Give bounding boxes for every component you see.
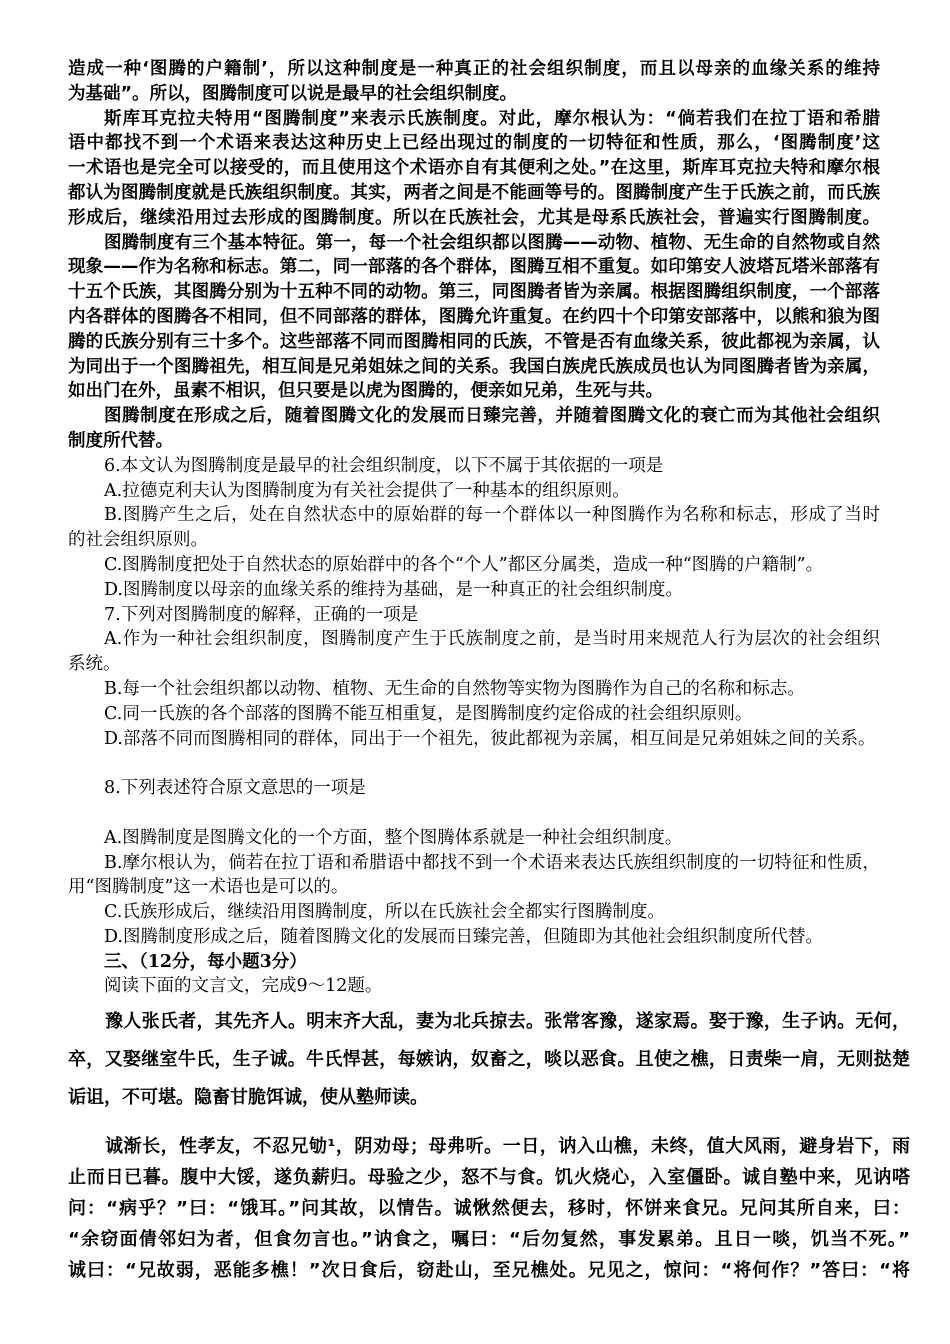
- text-line: D.图腾制度以母亲的血缘关系的维持为基础，是一种真正的社会组织制度。: [68, 578, 880, 603]
- text-line: A.图腾制度是图腾文化的一个方面，整个图腾体系就是一种社会组织制度。: [68, 826, 880, 851]
- text-line: 制度所代替。: [68, 429, 880, 454]
- classical-paragraph-2: 诚渐长，性孝友，不忍兄劬¹，阴劝母；母弗听。一日，讷入山樵，未终，值大风雨，避身…: [68, 1131, 910, 1286]
- blank-line: [68, 801, 880, 826]
- text-line: 豫人张氏者，其先齐人。明末齐大乱，妻为北兵掠去。张常客豫，遂家焉。娶于豫，生子讷…: [68, 1003, 910, 1041]
- text-line: 腾的氏族分别有三十多个。这些部落不同而图腾相同的氏族，不管是否有血缘关系，彼此都…: [68, 330, 880, 355]
- text-line: 三、（12分，每小题3分）: [68, 950, 880, 975]
- text-line: 卒，又娶继室牛氏，生子诚。牛氏悍甚，每嫉讷，奴畜之，啖以恶食。且使之樵，日责柴一…: [68, 1041, 910, 1079]
- text-line: 都认为图腾制度就是氏族组织制度。其实，两者之间是不能画等号的。图腾制度产生于氏族…: [68, 181, 880, 206]
- text-line: A.作为一种社会组织制度，图腾制度产生于氏族制度之前，是当时用来规范人行为层次的…: [68, 627, 880, 652]
- text-line: C.图腾制度把处于自然状态的原始群中的各个“个人”都区分属类，造成一种“图腾的户…: [68, 553, 880, 578]
- text-line: 诚渐长，性孝友，不忍兄劬¹，阴劝母；母弗听。一日，讷入山樵，未终，值大风雨，避身…: [68, 1131, 910, 1162]
- text-line: B.图腾产生之后，处在自然状态中的原始群的每一个群体以一种图腾作为名称和标志，形…: [68, 503, 880, 528]
- text-line: 系统。: [68, 652, 880, 677]
- text-line: 一术语也是完全可以接受的，而且使用这个术语亦自有其便利之处。”在这里，斯库耳克拉…: [68, 156, 880, 181]
- text-line: 语中都找不到一个术语来表达这种历史上已经出现过的制度的一切特征和性质，那么，‘图…: [68, 131, 880, 156]
- modern-essay-passage: 造成一种‘图腾的户籍制’，所以这种制度是一种真正的社会组织制度，而且以母亲的血缘…: [68, 57, 880, 454]
- text-line: D.图腾制度形成之后，随着图腾文化的发展而日臻完善，但随即为其他社会组织制度所代…: [68, 925, 880, 950]
- text-line: 图腾制度有三个基本特征。第一，每一个社会组织都以图腾——动物、植物、无生命的自然…: [68, 231, 880, 256]
- text-line: 止而日已暮。腹中大馁，遂负薪归。母验之少，怒不与食。饥火烧心，入室僵卧。诚自塾中…: [68, 1162, 910, 1193]
- text-line: 斯库耳克拉夫特用“图腾制度”来表示氏族制度。对此，摩尔根认为：“倘若我们在拉丁语…: [68, 107, 880, 132]
- text-line: 内各群体的图腾各不相同，但不同部落的群体，图腾允许重复。在约四十个印第安部落中，…: [68, 305, 880, 330]
- text-line: C.氏族形成后，继续沿用图腾制度，所以在氏族社会全都实行图腾制度。: [68, 900, 880, 925]
- text-line: B.摩尔根认为，倘若在拉丁语和希腊语中都找不到一个术语来表达氏族组织制度的一切特…: [68, 851, 880, 876]
- text-line: 的社会组织原则。: [68, 528, 880, 553]
- text-line: A.拉德克利夫认为图腾制度为有关社会提供了一种基本的组织原则。: [68, 479, 880, 504]
- text-line: 6.本文认为图腾制度是最早的社会组织制度，以下不属于其依据的一项是: [68, 454, 880, 479]
- text-line: 形成后，继续沿用过去形成的图腾制度。所以在氏族社会，尤其是母系氏族社会，普遍实行…: [68, 206, 880, 231]
- text-line: 现象——作为名称和标志。第二，同一部落的各个群体，图腾互相不重复。如印第安人波塔…: [68, 255, 880, 280]
- classical-passage: 豫人张氏者，其先齐人。明末齐大乱，妻为北兵掠去。张常客豫，遂家焉。娶于豫，生子讷…: [68, 1003, 910, 1286]
- text-line: 如出门在外，虽素不相识，但只要是以虎为图腾的，便亲如兄弟，生死与共。: [68, 379, 880, 404]
- text-line: 图腾制度在形成之后，随着图腾文化的发展而日臻完善，并随着图腾文化的衰亡而为其他社…: [68, 404, 880, 429]
- text-line: 为同出于一个图腾祖先，相互间是兄弟姐妹之间的关系。我国白族虎氏族成员也认为同图腾…: [68, 355, 880, 380]
- text-line: 十五个氏族，其图腾分别为十五种不同的动物。第三，同图腾者皆为亲属。根据图腾组织制…: [68, 280, 880, 305]
- page-content: 造成一种‘图腾的户籍制’，所以这种制度是一种真正的社会组织制度，而且以母亲的血缘…: [0, 0, 950, 1286]
- text-line: D.部落不同而图腾相同的群体，同出于一个祖先，彼此都视为亲属，相互间是兄弟姐妹之…: [68, 727, 880, 752]
- text-line: “余窃面倩邻妇为者，但食勿言也。”讷食之，嘱曰：“后勿复然，事发累弟。且日一啖，…: [68, 1224, 910, 1255]
- classical-paragraph-1: 豫人张氏者，其先齐人。明末齐大乱，妻为北兵掠去。张常客豫，遂家焉。娶于豫，生子讷…: [68, 1003, 910, 1117]
- text-line: 问：“病乎？”曰：“饿耳。”问其故，以情告。诚愀然便去，移时，怀饼来食兄。兄问其…: [68, 1193, 910, 1224]
- text-line: 为基础”。所以，图腾制度可以说是最早的社会组织制度。: [68, 82, 880, 107]
- text-line: 诚曰：“兄故弱，恶能多樵！”次日食后，窃赴山，至兄樵处。兄见之，惊问：“将何作？…: [68, 1255, 910, 1286]
- text-line: 用“图腾制度”这一术语也是可以的。: [68, 875, 880, 900]
- text-line: B.每一个社会组织都以动物、植物、无生命的自然物等实物为图腾作为自己的名称和标志…: [68, 677, 880, 702]
- text-line: 8.下列表述符合原文意思的一项是: [68, 776, 880, 801]
- text-line: 7.下列对图腾制度的解释，正确的一项是: [68, 603, 880, 628]
- text-line: C.同一氏族的各个部落的图腾不能互相重复，是图腾制度约定俗成的社会组织原则。: [68, 702, 880, 727]
- text-line: 诟诅，不可堪。隐畜甘脆饵诚，使从塾师读。: [68, 1079, 910, 1117]
- blank-line: [68, 751, 880, 776]
- text-line: 造成一种‘图腾的户籍制’，所以这种制度是一种真正的社会组织制度，而且以母亲的血缘…: [68, 57, 880, 82]
- question-block: 6.本文认为图腾制度是最早的社会组织制度，以下不属于其依据的一项是A.拉德克利夫…: [68, 454, 880, 1000]
- document-page: 造成一种‘图腾的户籍制’，所以这种制度是一种真正的社会组织制度，而且以母亲的血缘…: [0, 0, 950, 1344]
- text-line: 阅读下面的文言文，完成9～12题。: [68, 974, 880, 999]
